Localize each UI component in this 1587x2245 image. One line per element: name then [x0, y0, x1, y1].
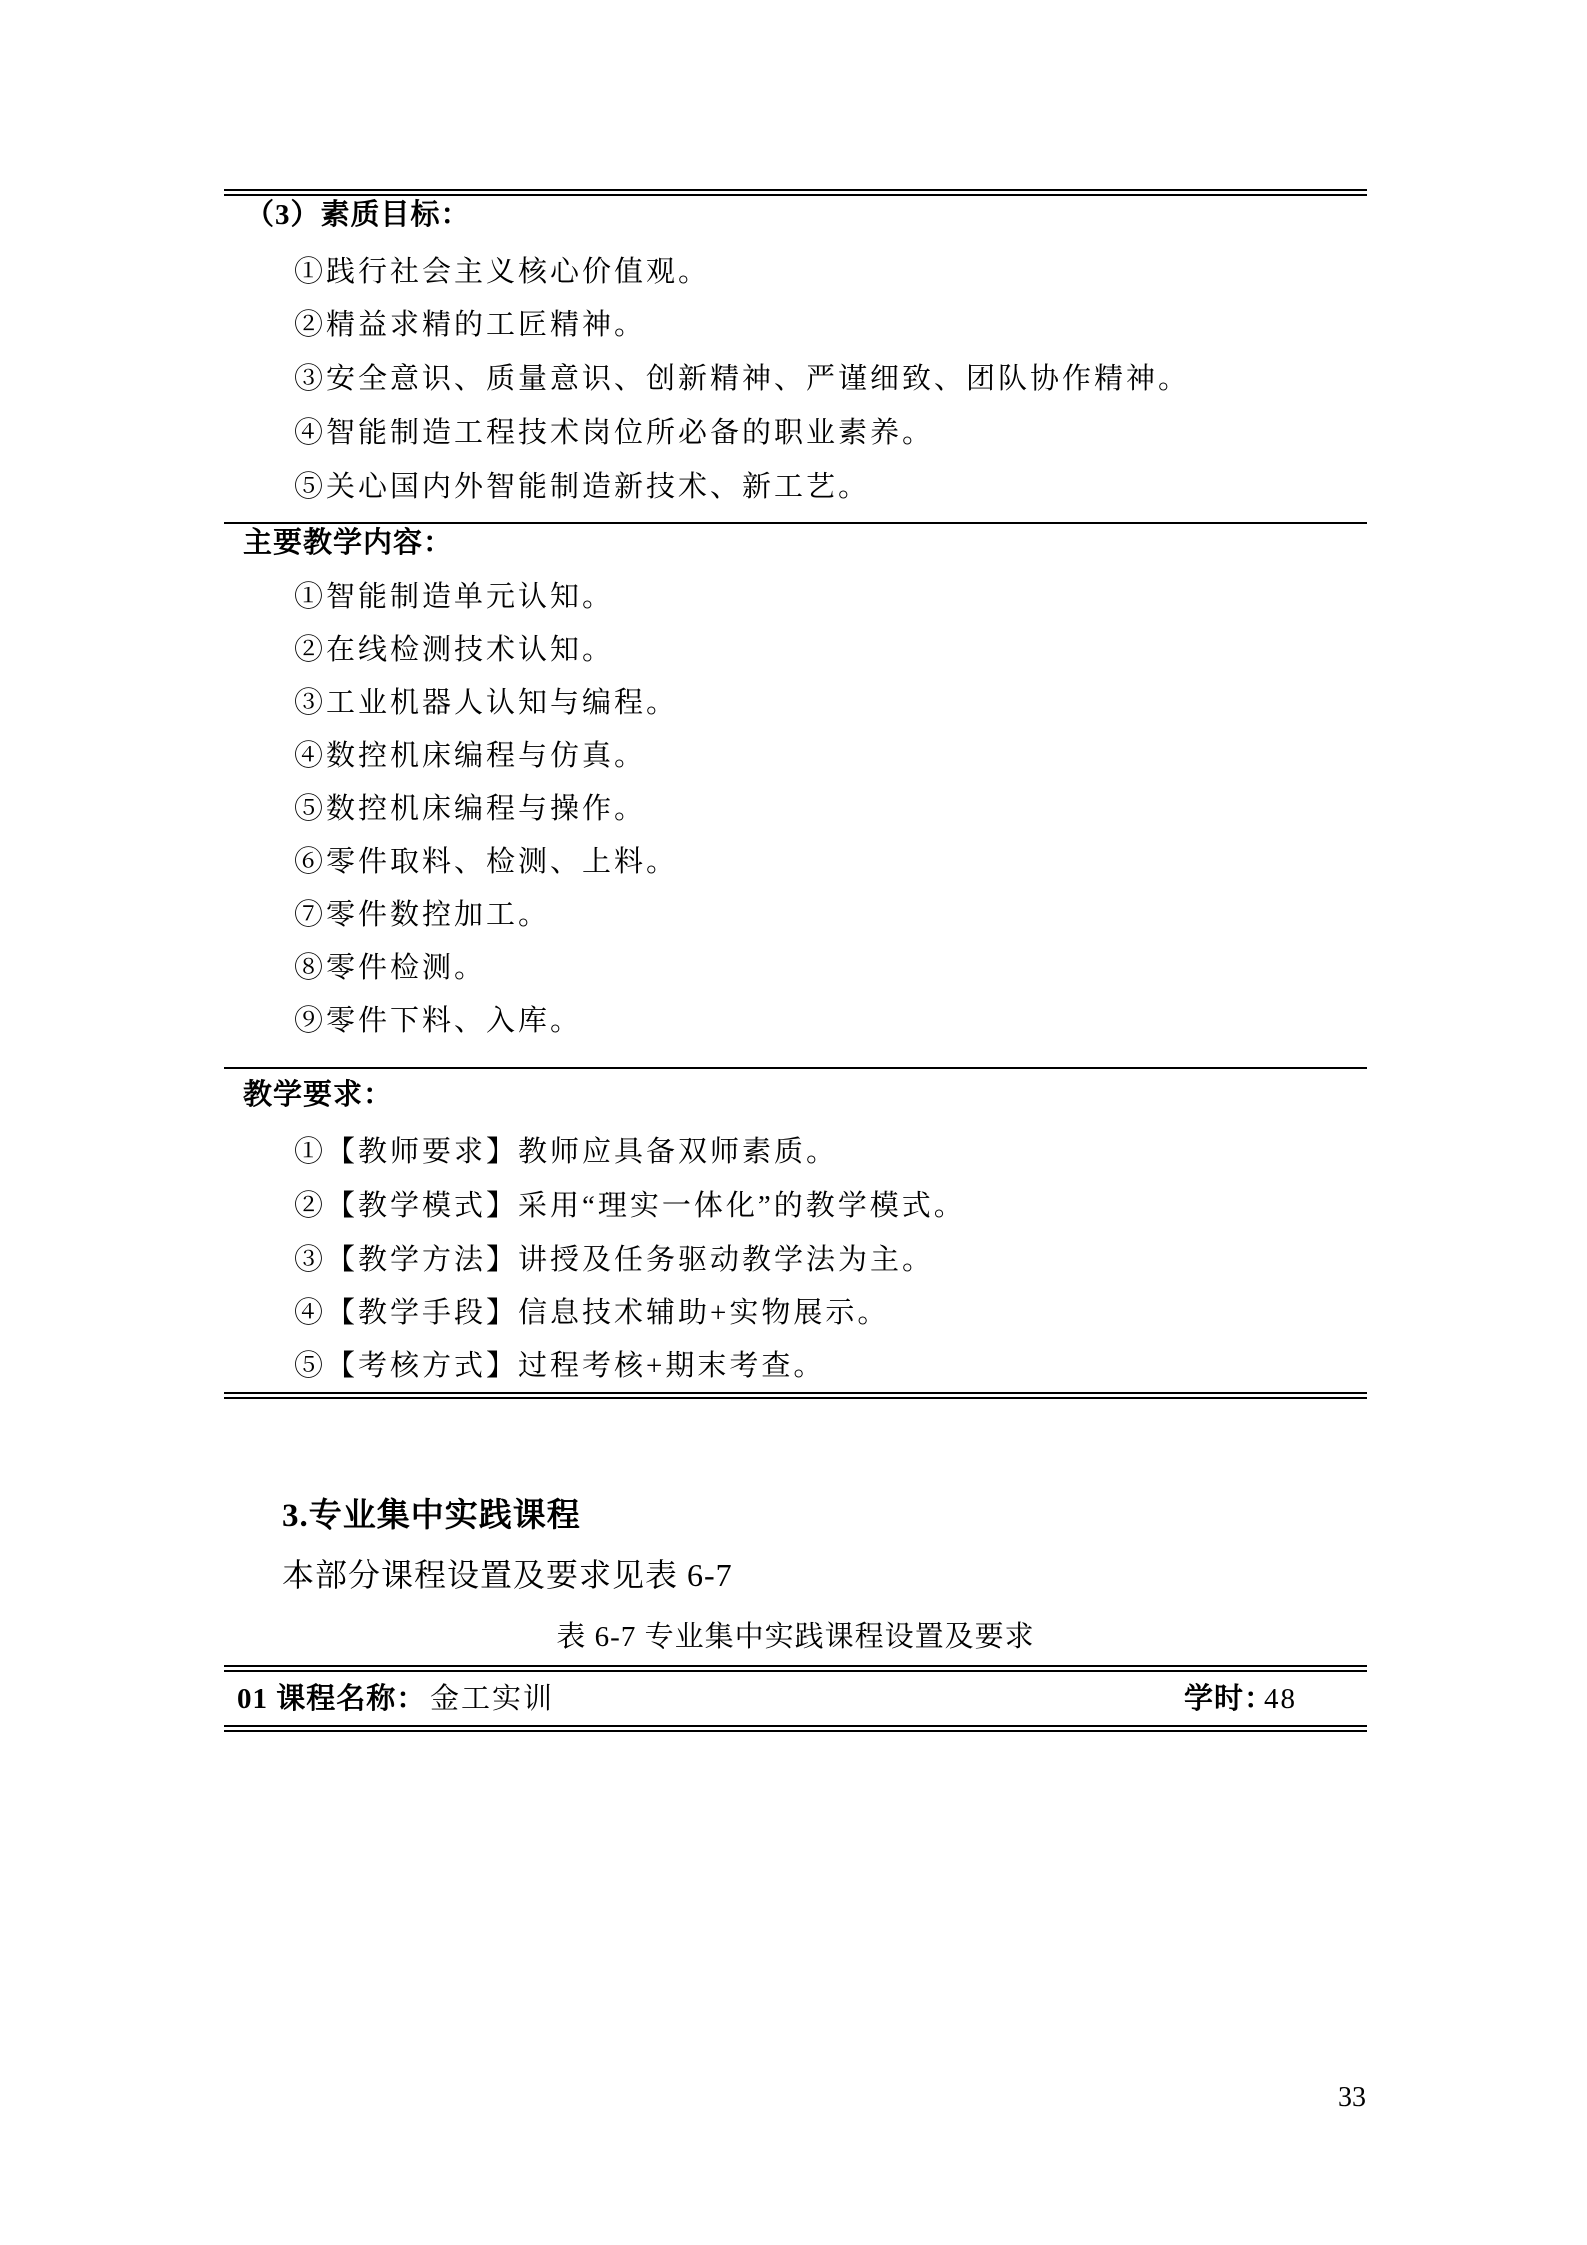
- teaching-content-item: ⑧零件检测。: [294, 951, 486, 985]
- quality-goal-item: ④智能制造工程技术岗位所必备的职业素养。: [294, 416, 934, 450]
- course-row: 01 课程名称： 金工实训 学时： 48: [0, 1682, 1587, 1716]
- teaching-content-item: ④数控机床编程与仿真。: [294, 739, 646, 773]
- quality-goal-item: ②精益求精的工匠精神。: [294, 308, 646, 342]
- practice-section-intro: 本部分课程设置及要求见表 6-7: [282, 1556, 733, 1594]
- teaching-content-item: ⑤数控机床编程与操作。: [294, 792, 646, 826]
- quality-goal-item: ⑤关心国内外智能制造新技术、新工艺。: [294, 470, 870, 504]
- teaching-requirement-item: ⑤【考核方式】过程考核+期末考查。: [294, 1349, 825, 1383]
- teaching-requirement-item: ④【教学手段】信息技术辅助+实物展示。: [294, 1296, 889, 1330]
- section-divider-rule: [224, 1067, 1367, 1069]
- teaching-requirement-item: ①【教师要求】教师应具备双师素质。: [294, 1135, 838, 1169]
- teaching-content-item: ⑥零件取料、检测、上料。: [294, 845, 678, 879]
- document-page: （3）素质目标： ①践行社会主义核心价值观。 ②精益求精的工匠精神。 ③安全意识…: [0, 0, 1587, 2245]
- practice-section-title: 3.专业集中实践课程: [282, 1497, 581, 1535]
- table-caption: 表 6-7 专业集中实践课程设置及要求: [224, 1620, 1367, 1654]
- course-hours-value: 48: [1264, 1682, 1297, 1716]
- teaching-content-heading: 主要教学内容：: [243, 526, 453, 560]
- table-top-double-border: [224, 189, 1367, 196]
- table-bottom-double-border: [224, 1392, 1367, 1399]
- course-table-bottom-border: [224, 1725, 1367, 1732]
- page-number: 33: [1338, 2082, 1366, 2114]
- section-divider-rule: [224, 522, 1367, 524]
- teaching-requirement-item: ②【教学模式】采用“理实一体化”的教学模式。: [294, 1189, 966, 1223]
- course-number-label: 01 课程名称：: [237, 1682, 426, 1716]
- quality-goals-heading: （3）素质目标：: [245, 198, 471, 232]
- teaching-requirements-heading: 教学要求：: [243, 1078, 393, 1112]
- teaching-content-item: ③工业机器人认知与编程。: [294, 686, 678, 720]
- course-table-top-border: [224, 1665, 1367, 1672]
- teaching-requirement-item: ③【教学方法】讲授及任务驱动教学法为主。: [294, 1243, 934, 1277]
- teaching-content-item: ⑦零件数控加工。: [294, 898, 550, 932]
- course-hours-label: 学时：: [1184, 1682, 1274, 1716]
- course-name-value: 金工实训: [430, 1682, 554, 1716]
- teaching-content-item: ①智能制造单元认知。: [294, 580, 614, 614]
- quality-goal-item: ③安全意识、质量意识、创新精神、严谨细致、团队协作精神。: [294, 362, 1190, 396]
- teaching-content-item: ②在线检测技术认知。: [294, 633, 614, 667]
- teaching-content-item: ⑨零件下料、入库。: [294, 1004, 582, 1038]
- quality-goal-item: ①践行社会主义核心价值观。: [294, 255, 710, 289]
